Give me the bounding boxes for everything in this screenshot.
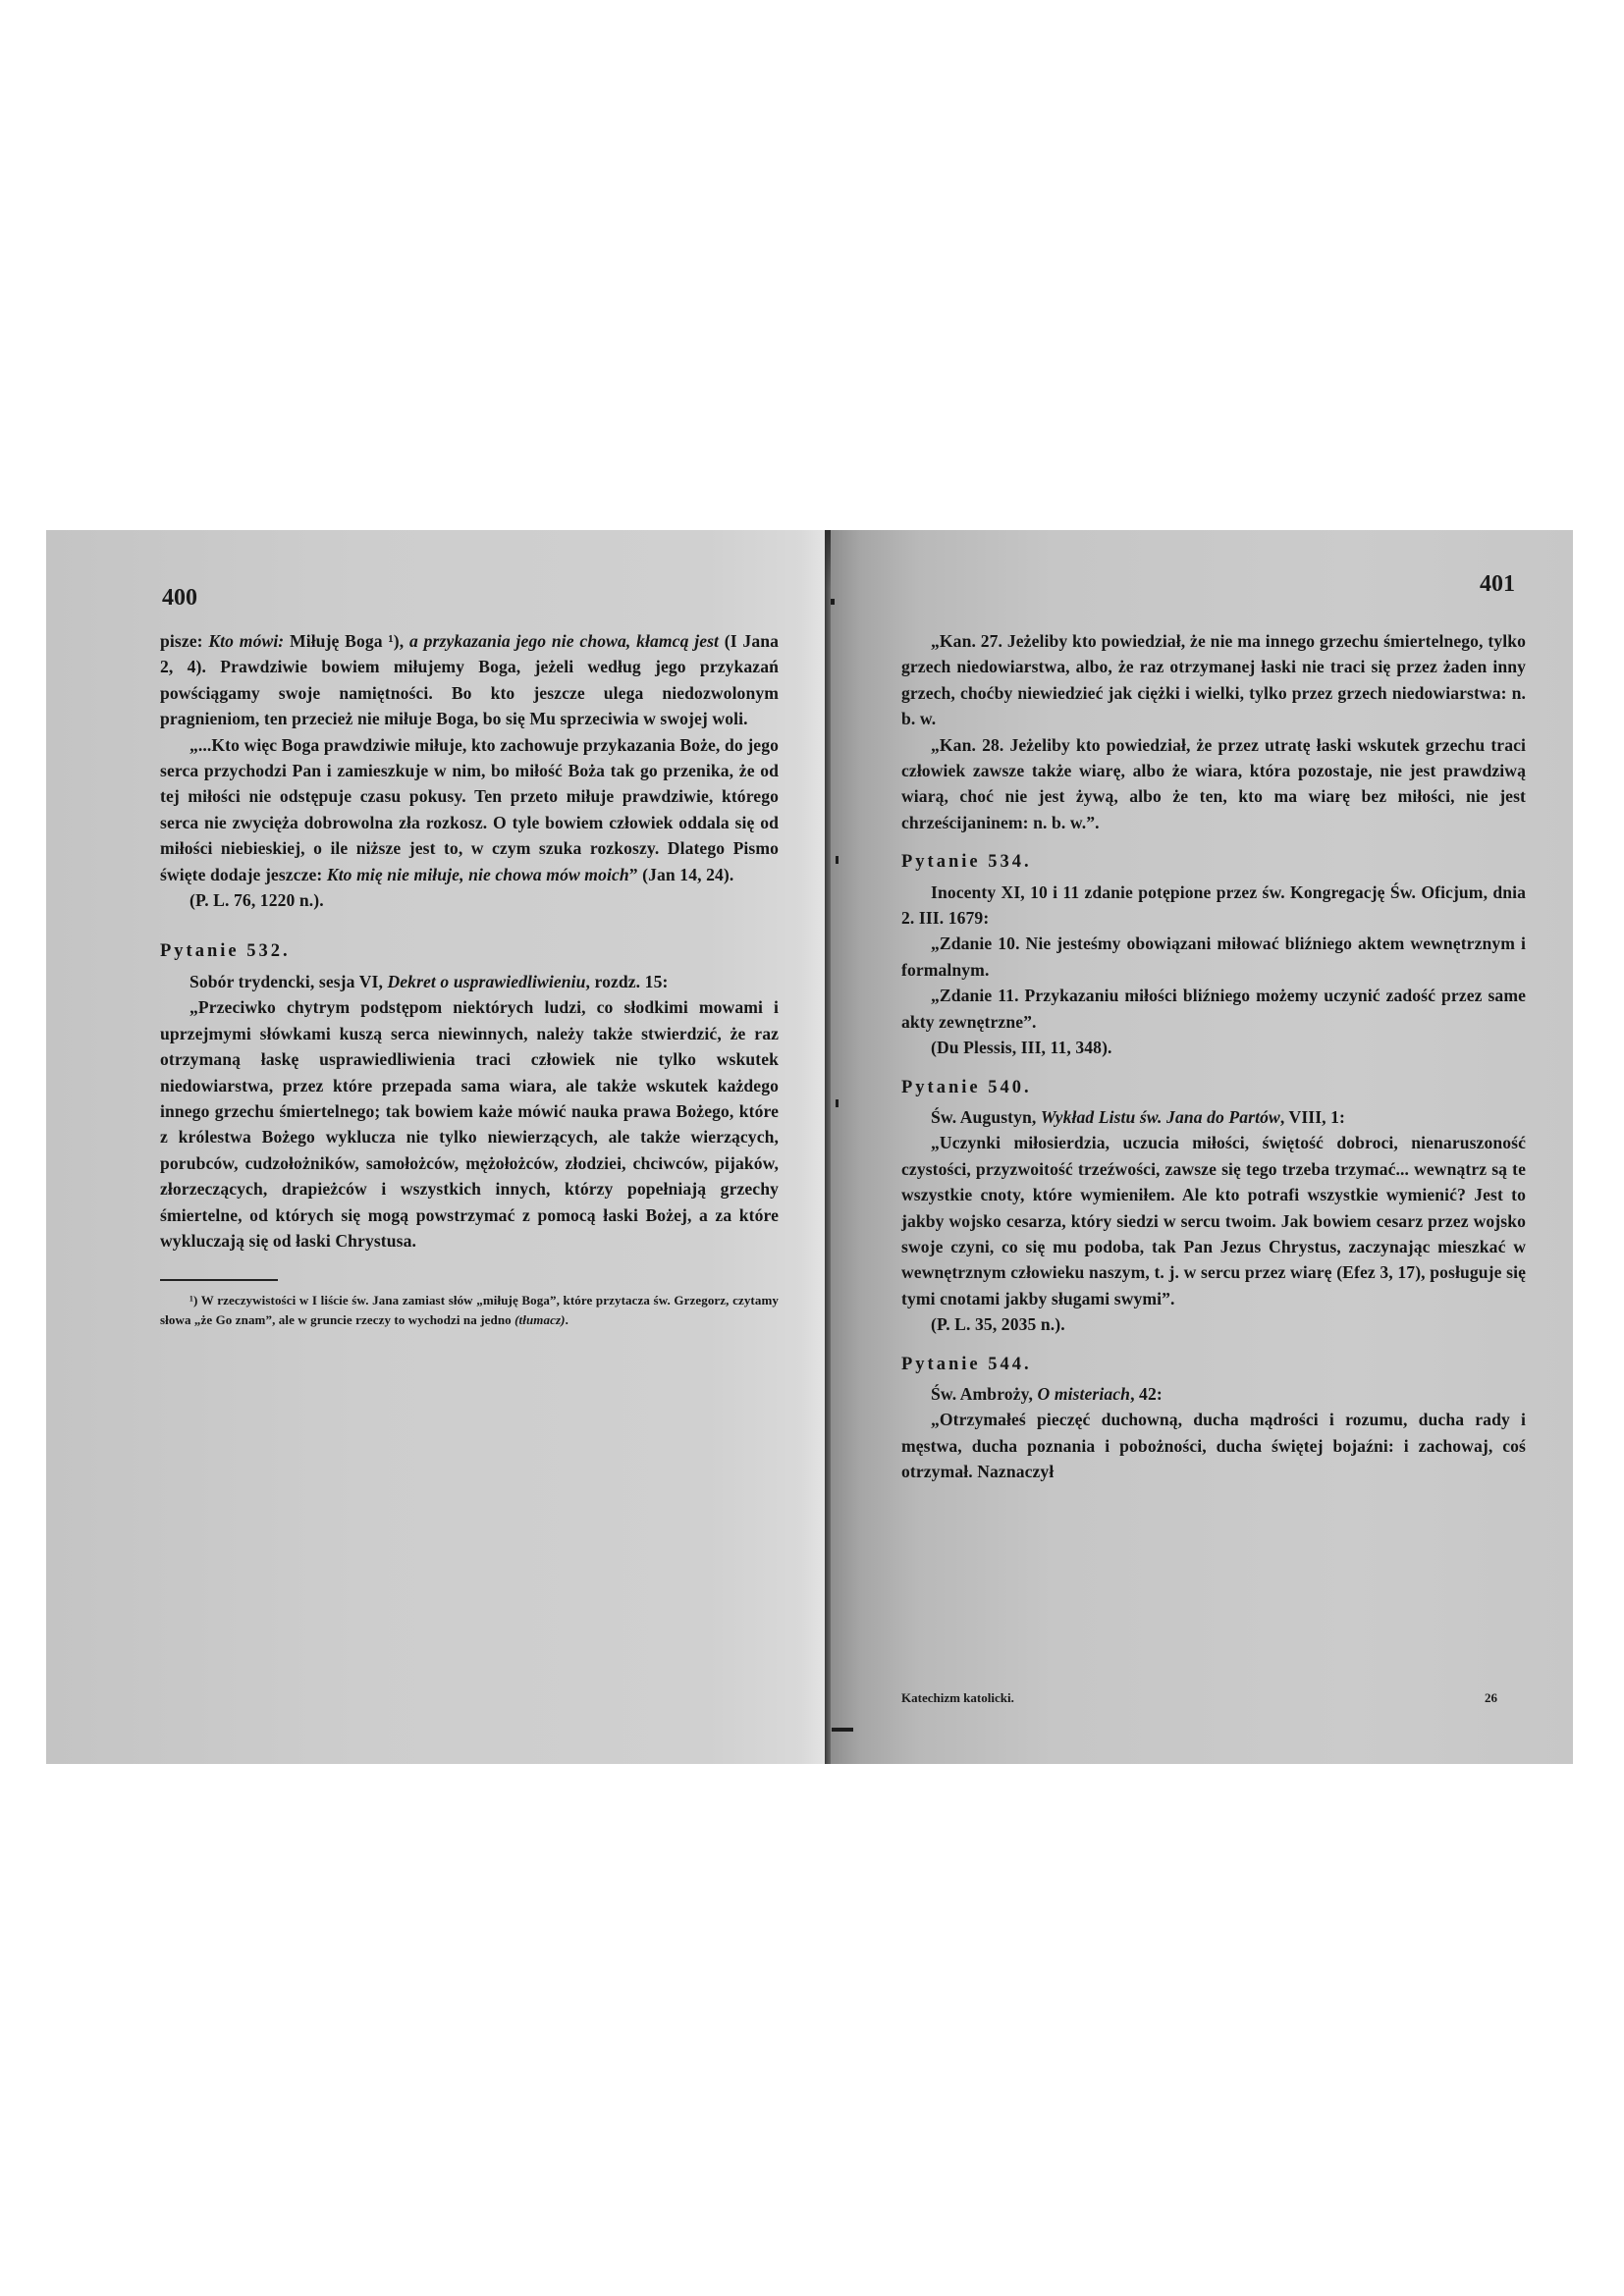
page-number-left: 400 bbox=[162, 585, 197, 612]
quote-paragraph: „Uczynki miłosierdzia, uczucia miłości, … bbox=[901, 1130, 1526, 1311]
margin-mark bbox=[831, 599, 835, 605]
paragraph: Św. Ambroży, O misteriach, 42: bbox=[901, 1381, 1526, 1407]
quote-paragraph: „Otrzymałeś pieczęć duchowną, ducha mądr… bbox=[901, 1407, 1526, 1484]
signature-mark: 26 bbox=[1485, 1690, 1497, 1706]
paragraph: Inocenty XI, 10 i 11 zdanie potępione pr… bbox=[901, 880, 1526, 932]
canon-28: „Kan. 28. Jeżeliby kto powiedział, że pr… bbox=[901, 732, 1526, 836]
section-heading: Pytanie 532. bbox=[160, 938, 779, 964]
section-heading: Pytanie 544. bbox=[901, 1352, 1526, 1377]
condemned-proposition: „Zdanie 10. Nie jesteśmy obowiązani miło… bbox=[901, 931, 1526, 983]
condemned-proposition: „Zdanie 11. Przykazaniu miłości bliźnieg… bbox=[901, 983, 1526, 1035]
left-page-text: pisze: Kto mówi: Miłuję Boga ¹), a przyk… bbox=[160, 628, 779, 1330]
citation: (Du Plessis, III, 11, 348). bbox=[901, 1035, 1526, 1060]
margin-mark bbox=[836, 856, 839, 864]
paragraph: Św. Augustyn, Wykład Listu św. Jana do P… bbox=[901, 1104, 1526, 1130]
margin-mark bbox=[836, 1099, 839, 1107]
page-number-right: 401 bbox=[1480, 571, 1515, 598]
paragraph: „...Kto więc Boga prawdziwie miłuje, kto… bbox=[160, 732, 779, 887]
footnote: ¹) W rzeczywistości w I liście św. Jana … bbox=[160, 1291, 779, 1330]
paragraph: Sobór trydencki, sesja VI, Dekret o uspr… bbox=[160, 969, 779, 994]
canon-27: „Kan. 27. Jeżeliby kto powiedział, że ni… bbox=[901, 628, 1526, 732]
margin-mark bbox=[832, 1728, 853, 1732]
section-heading: Pytanie 540. bbox=[901, 1075, 1526, 1100]
quote-paragraph: „Przeciwko chytrym podstępom niektórych … bbox=[160, 994, 779, 1254]
paragraph: pisze: Kto mówi: Miłuję Boga ¹), a przyk… bbox=[160, 628, 779, 732]
section-heading: Pytanie 534. bbox=[901, 849, 1526, 875]
running-footer-title: Katechizm katolicki. bbox=[901, 1690, 1014, 1706]
right-page-text: „Kan. 27. Jeżeliby kto powiedział, że ni… bbox=[901, 628, 1526, 1485]
citation: (P. L. 76, 1220 n.). bbox=[160, 887, 779, 913]
footnote-divider bbox=[160, 1279, 278, 1281]
citation: (P. L. 35, 2035 n.). bbox=[901, 1311, 1526, 1337]
